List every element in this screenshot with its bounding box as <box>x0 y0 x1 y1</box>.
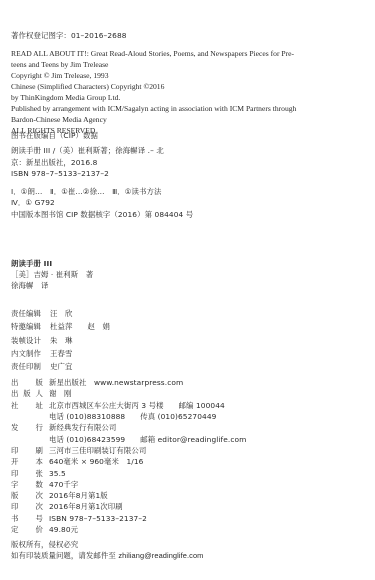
pub-label-char: 址 <box>36 400 44 411</box>
copyright-reserved: 版权所有，侵权必究 <box>11 539 203 550</box>
pub-row-format: 开本 640毫米 × 960毫米 1/16 <box>11 456 246 467</box>
pub-row-isbn: 书号 ISBN 978–7–5133–2137–2 <box>11 513 246 524</box>
pub-label-char: 本 <box>36 456 44 467</box>
pub-label-char: 发 <box>11 422 19 433</box>
pub-label-char: 印 <box>11 445 19 456</box>
staff-role: 内文制作 <box>11 348 50 359</box>
pub-row-distributor: 发行 新经典发行有限公司 <box>11 422 246 433</box>
pub-label-char: 社 <box>11 400 19 411</box>
staff-role: 特邀编辑 <box>11 321 50 332</box>
book-author: ［美］吉姆 · 崔利斯 著 <box>11 269 93 280</box>
cip-line: 京：新星出版社，2016.8 <box>11 157 164 169</box>
publication-info: 出版 新星出版社 www.newstarpress.com 出版人 谢 刚 社址… <box>11 377 246 535</box>
rights-line: teens and Teens by Jim Trelease <box>11 59 296 70</box>
pub-value: 电话 (010)68423599 邮箱 editor@readinglife.c… <box>49 434 246 445</box>
pub-row-address: 社址 北京市西城区车公庄大街丙 3 号楼 邮编 100044 <box>11 400 246 411</box>
cip-title: 图书在版编目（CIP）数据 <box>11 130 98 141</box>
copyright-registration: 著作权登记图字：01–2016–2688 <box>11 30 127 41</box>
pub-value: 三河市三佳印刷装订有限公司 <box>49 445 146 456</box>
rights-line: Bardon-Chinese Media Agency <box>11 114 296 125</box>
rights-line: by ThinKingdom Media Group Ltd. <box>11 92 296 103</box>
pub-value: 640毫米 × 960毫米 1/16 <box>49 456 143 467</box>
cip-classification: Ⅳ．① G792 <box>11 197 164 209</box>
pub-label-char: 行 <box>36 422 44 433</box>
staff-name: 朱 琳 <box>50 335 72 346</box>
staff-row: 装帧设计 朱 琳 <box>11 334 110 347</box>
cip-line: 朗读手册 III /（美）崔利斯著；徐海幈译 .– 北 <box>11 145 164 157</box>
rights-line: Copyright © Jim Trelease, 1993 <box>11 70 296 81</box>
book-credits: 朗读手册 III ［美］吉姆 · 崔利斯 著 徐海幈 译 <box>11 258 93 291</box>
pub-value: 新经典发行有限公司 <box>49 422 116 433</box>
cip-classification: Ⅰ．①朗… Ⅱ．①崔…②徐… Ⅲ．①读书方法 <box>11 186 164 198</box>
pub-value: ISBN 978–7–5133–2137–2 <box>49 513 147 524</box>
staff-row: 责任印制 史广宜 <box>11 360 110 373</box>
rights-line: Published by arrangement with ICM/Sagaly… <box>11 103 296 114</box>
staff-role: 装帧设计 <box>11 335 50 346</box>
pub-label-char: 价 <box>36 524 44 535</box>
book-translator: 徐海幈 译 <box>11 280 93 291</box>
rights-line: Chinese (Simplified Characters) Copyrigh… <box>11 81 296 92</box>
cip-isbn: ISBN 978–7–5133–2137–2 <box>11 168 164 180</box>
staff-row: 内文制作 王春雪 <box>11 347 110 360</box>
pub-value: 2016年8月第1版 <box>49 490 108 501</box>
pub-value: 49.80元 <box>49 524 78 535</box>
staff-name: 杜益萍 <box>50 321 72 332</box>
pub-row-address-contact: 电话 (010)88310888 传真 (010)65270449 <box>11 411 246 422</box>
pub-row-sheets: 印张 35.5 <box>11 467 246 478</box>
staff-row: 特邀编辑 杜益萍赵 娟 <box>11 320 110 333</box>
pub-label-char: 定 <box>11 524 19 535</box>
pub-value: 北京市西城区车公庄大街丙 3 号楼 邮编 100044 <box>49 400 225 411</box>
copyright-page: 著作权登记图字：01–2016–2688 READ ALL ABOUT IT!:… <box>0 0 375 580</box>
staff-row: 责任编辑 汪 欣 <box>11 307 110 320</box>
pub-label-char: 号 <box>36 513 44 524</box>
pub-row-price: 定价 49.80元 <box>11 524 246 535</box>
pub-value: 470千字 <box>49 479 78 490</box>
registration-number: 01–2016–2688 <box>71 31 127 40</box>
staff-name: 汪 欣 <box>50 308 72 319</box>
pub-row-publisher: 出版 新星出版社 www.newstarpress.com <box>11 377 246 388</box>
registration-label: 著作权登记图字： <box>11 31 71 40</box>
pub-label-char: 版 <box>11 490 19 501</box>
rights-line: READ ALL ABOUT IT!: Great Read-Aloud Sto… <box>11 48 296 59</box>
footer-notice: 版权所有，侵权必究 如有印装质量问题，请发邮件至 zhiliang@readin… <box>11 539 203 561</box>
pub-row-printer: 印刷 三河市三佳印刷装订有限公司 <box>11 445 246 456</box>
staff-role: 责任印制 <box>11 361 50 372</box>
pub-label-char: 次 <box>36 490 44 501</box>
pub-label-char: 印 <box>11 468 19 479</box>
pub-value: 2016年8月第1次印刷 <box>49 501 123 512</box>
book-title: 朗读手册 III <box>11 258 93 269</box>
pub-value: 新星出版社 www.newstarpress.com <box>49 377 183 388</box>
staff-list: 责任编辑 汪 欣 特邀编辑 杜益萍赵 娟 装帧设计 朱 琳 内文制作 王春雪 责… <box>11 307 110 373</box>
staff-name: 史广宜 <box>50 361 72 372</box>
pub-row-edition: 版次 2016年8月第1版 <box>11 490 246 501</box>
staff-role: 责任编辑 <box>11 308 50 319</box>
pub-label-char: 版 <box>23 388 31 399</box>
pub-value: 35.5 <box>49 468 66 479</box>
cip-data: 朗读手册 III /（美）崔利斯著；徐海幈译 .– 北 京：新星出版社，2016… <box>11 145 164 209</box>
pub-label-char: 出 <box>11 377 19 388</box>
pub-label-char: 次 <box>36 501 44 512</box>
pub-label-char: 刷 <box>36 445 44 456</box>
quality-email: zhiliang@readinglife.com <box>118 551 203 560</box>
pub-label-char: 出 <box>11 388 19 399</box>
quality-notice: 如有印装质量问题，请发邮件至 zhiliang@readinglife.com <box>11 550 203 561</box>
pub-label-char: 人 <box>36 388 44 399</box>
pub-value: 谢 刚 <box>49 388 71 399</box>
staff-name: 赵 娟 <box>87 321 109 332</box>
pub-label-char: 字 <box>11 479 19 490</box>
quality-notice-text: 如有印装质量问题，请发邮件至 <box>11 551 116 560</box>
pub-label-char: 数 <box>36 479 44 490</box>
rights-notice: READ ALL ABOUT IT!: Great Read-Aloud Sto… <box>11 48 296 136</box>
cip-catalog-number: 中国版本图书馆 CIP 数据核字（2016）第 084404 号 <box>11 209 193 220</box>
pub-row-printing: 印次 2016年8月第1次印刷 <box>11 501 246 512</box>
pub-label-char: 开 <box>11 456 19 467</box>
pub-label-char: 书 <box>11 513 19 524</box>
staff-name: 王春雪 <box>50 348 72 359</box>
pub-row-distributor-contact: 电话 (010)68423599 邮箱 editor@readinglife.c… <box>11 433 246 444</box>
pub-row-word-count: 字数 470千字 <box>11 479 246 490</box>
pub-label-char: 印 <box>11 501 19 512</box>
pub-label-char: 版 <box>36 377 44 388</box>
pub-value: 电话 (010)88310888 传真 (010)65270449 <box>49 411 216 422</box>
pub-row-publisher-person: 出版人 谢 刚 <box>11 388 246 399</box>
pub-label-char: 张 <box>36 468 44 479</box>
